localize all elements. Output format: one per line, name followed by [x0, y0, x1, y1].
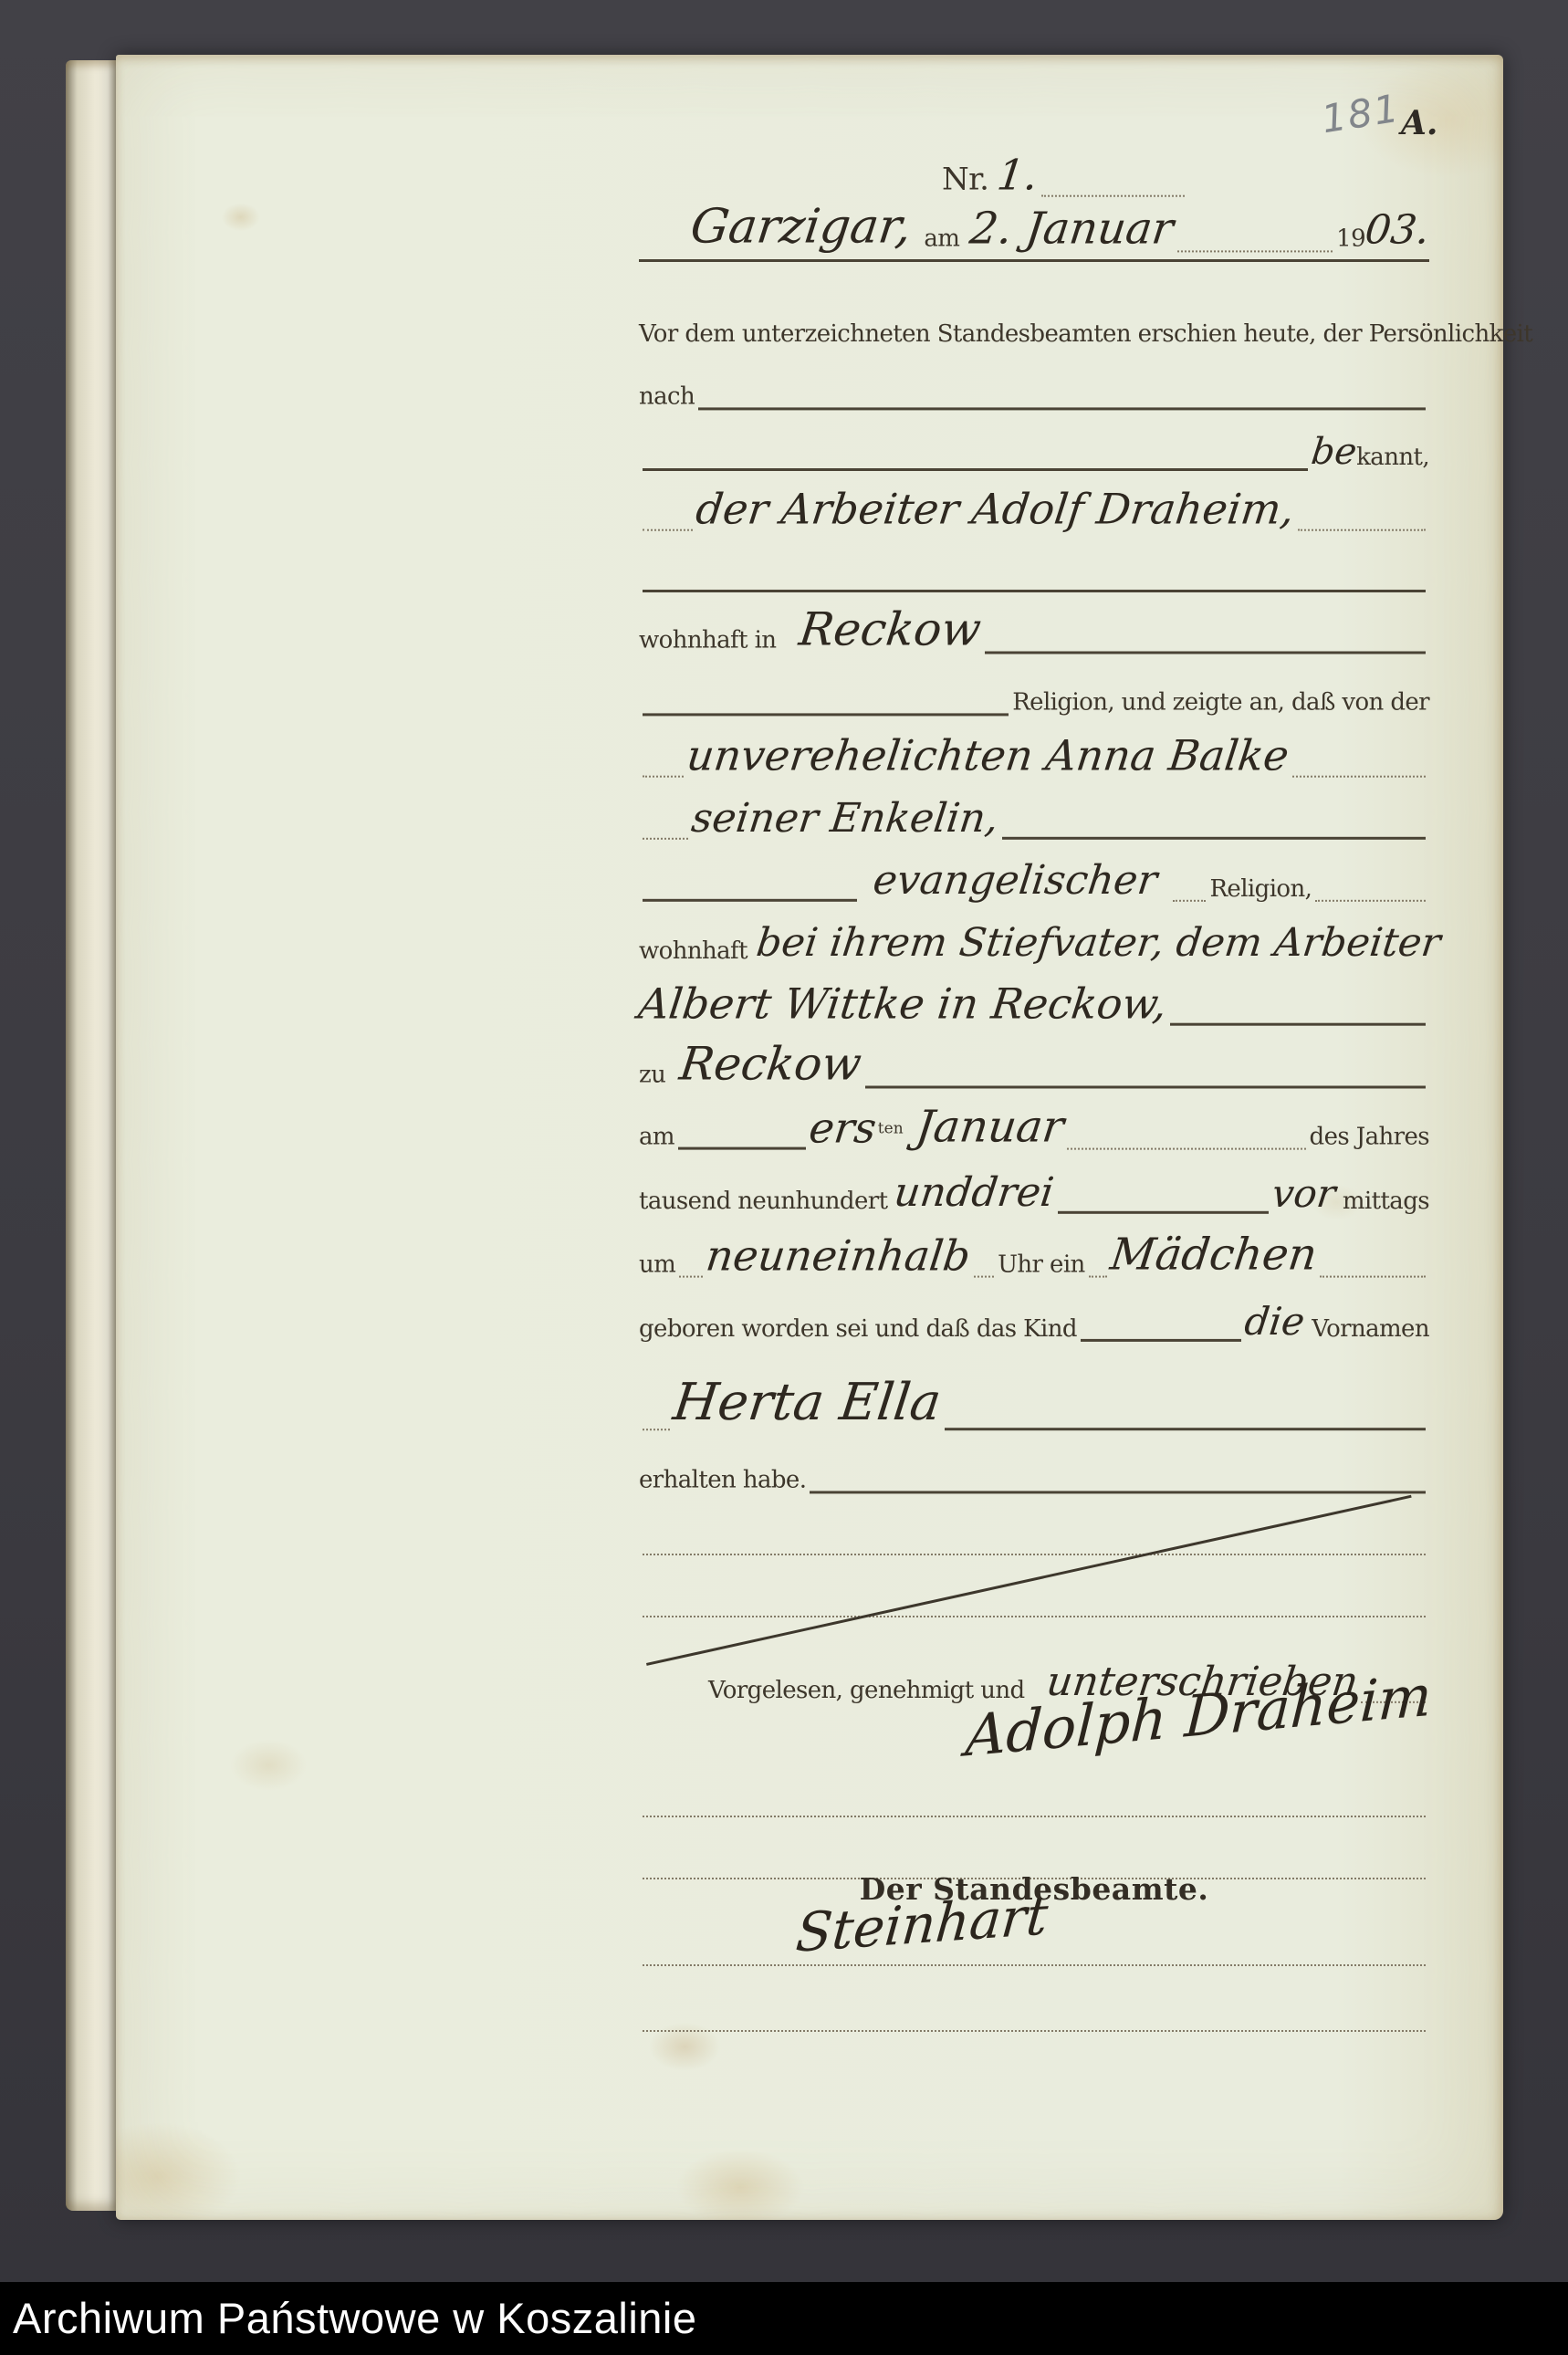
geboren-label: geboren worden sei und daß das Kind: [639, 1315, 1077, 1342]
fill-line: [643, 1964, 1426, 1966]
wohnhaft-label: wohnhaft: [639, 937, 747, 964]
fill-line: [678, 1147, 806, 1150]
form-row-mother-residence-1: wohnhaft bei ihrem Stiefvater, dem Arbei…: [639, 923, 1429, 964]
fill-line: [974, 1276, 994, 1278]
vorgelesen-label: Vorgelesen, genehmigt und: [708, 1677, 1025, 1703]
fill-line: [643, 529, 693, 531]
die-written: die: [1242, 1302, 1307, 1342]
form-row-declarant: der Arbeiter Adolf Draheim,: [639, 487, 1429, 531]
fill-line: [1177, 250, 1333, 252]
mother-religion-written: evangelischer: [871, 860, 1159, 902]
uhr-ein-label: Uhr ein: [998, 1251, 1085, 1278]
form-row-vornamen: geboren worden sei und daß das Kind die …: [639, 1302, 1429, 1342]
archive-footer-bar: Archiwum Państwowe w Koszalinie: [0, 2282, 1568, 2355]
form-row-signature-line: [639, 1816, 1429, 1817]
mother-name-written: unverehelichten Anna Balke: [685, 734, 1291, 778]
fill-line: [643, 468, 1308, 471]
form-row-religion-notice: Religion, und zeigte an, daß von der: [639, 689, 1429, 716]
form-row-blank-dotted: [639, 2030, 1429, 2032]
form-row-blank-dotted: [639, 1554, 1429, 1555]
fill-line: [643, 1429, 670, 1430]
form-row-birth-day: am ers ten Januar des Jahres: [639, 1104, 1429, 1150]
fill-line: [643, 899, 857, 902]
des-jahres-label: des Jahres: [1310, 1124, 1429, 1150]
fill-line: [643, 1816, 1426, 1817]
fill-line: [1320, 1276, 1426, 1278]
form-row-nach: nach: [639, 383, 1429, 410]
be-written: be: [1309, 433, 1358, 471]
archival-page-number-pencil: 181: [1319, 86, 1404, 142]
am-label: am: [639, 1124, 674, 1150]
fill-line: [1002, 837, 1426, 840]
ten-label: ten: [878, 1120, 904, 1137]
fill-line: [1315, 900, 1426, 902]
form-row-blank-dotted: [639, 1616, 1429, 1617]
mother-relation-written: seiner Enkelin,: [689, 798, 1000, 840]
form-row-mother-religion: evangelischer Religion,: [639, 860, 1429, 902]
am-label: am: [924, 225, 959, 252]
mother-residence-written-1: bei ihrem Stiefvater, dem Arbeiter: [754, 923, 1443, 964]
form-row-blank: [639, 590, 1429, 592]
declarant-name-written: der Arbeiter Adolf Draheim,: [694, 487, 1297, 531]
birth-day-written: ers: [807, 1106, 879, 1150]
cancellation-stroke: [646, 1495, 1412, 1666]
fill-line: [1041, 195, 1185, 197]
tausend-label: tausend neunhundert: [639, 1188, 887, 1214]
form-row-birth-year: tausend neunhundert unddrei vor mittags: [639, 1172, 1429, 1214]
intro-printed-line: Vor dem unterzeichneten Standesbeamten e…: [639, 321, 1532, 348]
mittags-label: mittags: [1343, 1188, 1429, 1214]
form-row-residence: wohnhaft in Reckow: [639, 606, 1429, 654]
erhalten-label: erhalten habe.: [639, 1467, 806, 1493]
fill-line: [1298, 529, 1426, 531]
child-sex-written: Mädchen: [1108, 1232, 1320, 1278]
um-label: um: [639, 1251, 675, 1278]
fill-line: [643, 1554, 1426, 1555]
vor-written: vor: [1270, 1174, 1338, 1214]
fill-line: [945, 1428, 1426, 1430]
birth-time-written: neuneinhalb: [704, 1234, 973, 1278]
fill-line: [985, 651, 1426, 654]
vornamen-label: Vornamen: [1312, 1315, 1429, 1342]
fill-line: [865, 1085, 1426, 1088]
header-rule: [639, 259, 1429, 262]
form-row-date: Garzigar, am 2. Januar 19 03.: [691, 202, 1429, 252]
fill-line: [810, 1491, 1426, 1493]
fill-line: [643, 776, 684, 778]
fill-line: [679, 1276, 703, 1278]
nr-label: Nr.: [942, 163, 988, 197]
form-row-mother-relation: seiner Enkelin,: [639, 798, 1429, 840]
fill-line: [1170, 1023, 1426, 1026]
religion-notice-label: Religion, und zeigte an, daß von der: [1012, 689, 1429, 716]
form-row-registrar-line: [639, 1964, 1429, 1966]
form-row-mother-name: unverehelichten Anna Balke: [639, 734, 1429, 778]
child-names-written: Herta Ella: [670, 1376, 944, 1430]
fill-line: [643, 2030, 1426, 2032]
fill-line: [1089, 1276, 1107, 1278]
form-row-number: Nr. 1.: [942, 153, 1188, 197]
archive-photo: { "annotations": { "pencil_number": "181…: [0, 0, 1568, 2355]
form-row-birth-time: um neuneinhalb Uhr ein Mädchen: [639, 1232, 1429, 1278]
fill-line: [643, 713, 1009, 716]
registration-place-written: Garzigar,: [688, 202, 915, 252]
religion-label: Religion,: [1209, 875, 1312, 902]
fill-line: [643, 590, 1426, 592]
kannt-label: kannt,: [1356, 445, 1429, 471]
form-row-mother-residence-2: Albert Wittke in Reckow,: [639, 982, 1429, 1026]
registration-date-written: 2. Januar: [967, 206, 1176, 252]
fill-line: [1292, 776, 1426, 778]
record-number-value: 1.: [995, 153, 1040, 197]
form-row-bekannt: be kannt,: [639, 433, 1429, 471]
book-page-edge: [66, 60, 119, 2211]
year-printed-prefix: 19: [1336, 225, 1365, 252]
fill-line: [643, 1616, 1426, 1617]
document-page: 181 A. Nr. 1. Garzigar, am 2. Januar 19 …: [116, 55, 1503, 2220]
birthplace-written: Reckow: [677, 1041, 864, 1089]
fill-line: [1081, 1339, 1241, 1342]
year-written-suffix: 03.: [1363, 210, 1432, 252]
form-row-child-names: Herta Ella: [639, 1376, 1429, 1430]
fill-line: [643, 838, 688, 840]
wohnhaft-in-label: wohnhaft in: [639, 627, 776, 654]
form-series-letter: A.: [1401, 104, 1437, 142]
zu-label: zu: [639, 1062, 665, 1088]
fill-line: [1067, 1148, 1306, 1150]
form-row-birthplace: zu Reckow: [639, 1041, 1429, 1089]
archive-name: Archiwum Państwowe w Koszalinie: [0, 2294, 697, 2342]
fill-line: [1058, 1211, 1269, 1214]
birth-month-written: Januar: [914, 1104, 1066, 1150]
fill-line: [698, 407, 1426, 410]
mother-residence-written-2: Albert Wittke in Reckow,: [636, 982, 1169, 1026]
year-words-written: unddrei: [893, 1172, 1057, 1214]
fill-line: [1173, 900, 1206, 902]
nach-label: nach: [639, 383, 695, 410]
form-row-erhalten: erhalten habe.: [639, 1467, 1429, 1493]
declarant-residence-written: Reckow: [797, 606, 984, 654]
